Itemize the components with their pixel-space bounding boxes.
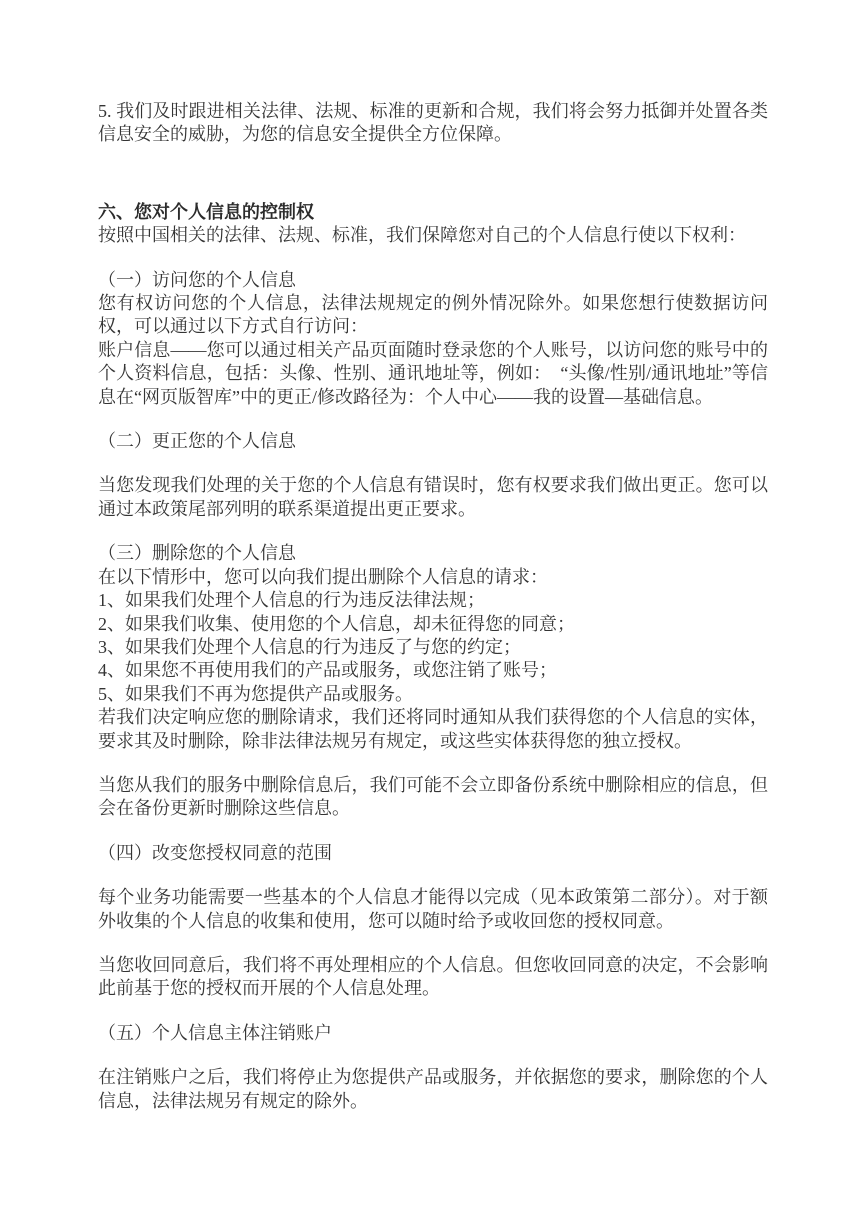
spacer <box>98 753 768 774</box>
paragraph-access-method: 您有权访问您的个人信息，法律法规规定的例外情况除外。如果您想行使数据访问权，可以… <box>98 292 768 339</box>
list-item-delete-4: 4、如果您不再使用我们的产品或服务，或您注销了账号； <box>98 659 768 682</box>
paragraph-withdraw-consent: 当您收回同意后，我们将不再处理相应的个人信息。但您收回同意的决定，不会影响此前基… <box>98 954 768 1001</box>
spacer <box>98 409 768 430</box>
paragraph-account-info: 账户信息——您可以通过相关产品页面随时登录您的个人账号，以访问您的账号中的个人资… <box>98 339 768 409</box>
spacer <box>98 1001 768 1022</box>
subsection-title-correct: （二）更正您的个人信息 <box>98 430 768 453</box>
subsection-title-consent-scope: （四）改变您授权同意的范围 <box>98 842 768 865</box>
spacer <box>98 821 768 842</box>
spacer <box>98 865 768 886</box>
paragraph-account-cancellation: 在注销账户之后，我们将停止为您提供产品或服务，并依据您的要求，删除您的个人信息，… <box>98 1066 768 1113</box>
subsection-title-delete: （三）删除您的个人信息 <box>98 542 768 565</box>
spacer <box>98 521 768 542</box>
list-item-delete-1: 1、如果我们处理个人信息的行为违反法律法规； <box>98 589 768 612</box>
paragraph-rights-intro: 按照中国相关的法律、法规、标准，我们保障您对自己的个人信息行使以下权利： <box>98 224 768 247</box>
list-item-delete-2: 2、如果我们收集、使用您的个人信息，却未征得您的同意； <box>98 613 768 636</box>
paragraph-delete-notify-entities: 若我们决定响应您的删除请求，我们还将同时通知从我们获得您的个人信息的实体，要求其… <box>98 706 768 753</box>
paragraph-consent-scope: 每个业务功能需要一些基本的个人信息才能得以完成（见本政策第二部分）。对于额外收集… <box>98 886 768 933</box>
spacer <box>98 248 768 269</box>
paragraph-delete-intro: 在以下情形中，您可以向我们提出删除个人信息的请求： <box>98 566 768 589</box>
subsection-title-cancel-account: （五）个人信息主体注销账户 <box>98 1022 768 1045</box>
document-page: 5. 我们及时跟进相关法律、法规、标准的更新和合规，我们将会努力抵御并处置各类信… <box>0 0 868 1227</box>
list-item-delete-5: 5、如果我们不再为您提供产品或服务。 <box>98 683 768 706</box>
paragraph-backup-deletion: 当您从我们的服务中删除信息后，我们可能不会立即备份系统中删除相应的信息，但会在备… <box>98 774 768 821</box>
spacer <box>98 933 768 954</box>
spacer <box>98 147 768 201</box>
subsection-title-access: （一）访问您的个人信息 <box>98 269 768 292</box>
spacer <box>98 453 768 474</box>
paragraph-correction: 当您发现我们处理的关于您的个人信息有错误时，您有权要求我们做出更正。您可以通过本… <box>98 474 768 521</box>
spacer <box>98 1045 768 1066</box>
section-heading-control-rights: 六、您对个人信息的控制权 <box>98 201 768 224</box>
list-item-delete-3: 3、如果我们处理个人信息的行为违反了与您的约定； <box>98 636 768 659</box>
paragraph-security-compliance: 5. 我们及时跟进相关法律、法规、标准的更新和合规，我们将会努力抵御并处置各类信… <box>98 100 768 147</box>
